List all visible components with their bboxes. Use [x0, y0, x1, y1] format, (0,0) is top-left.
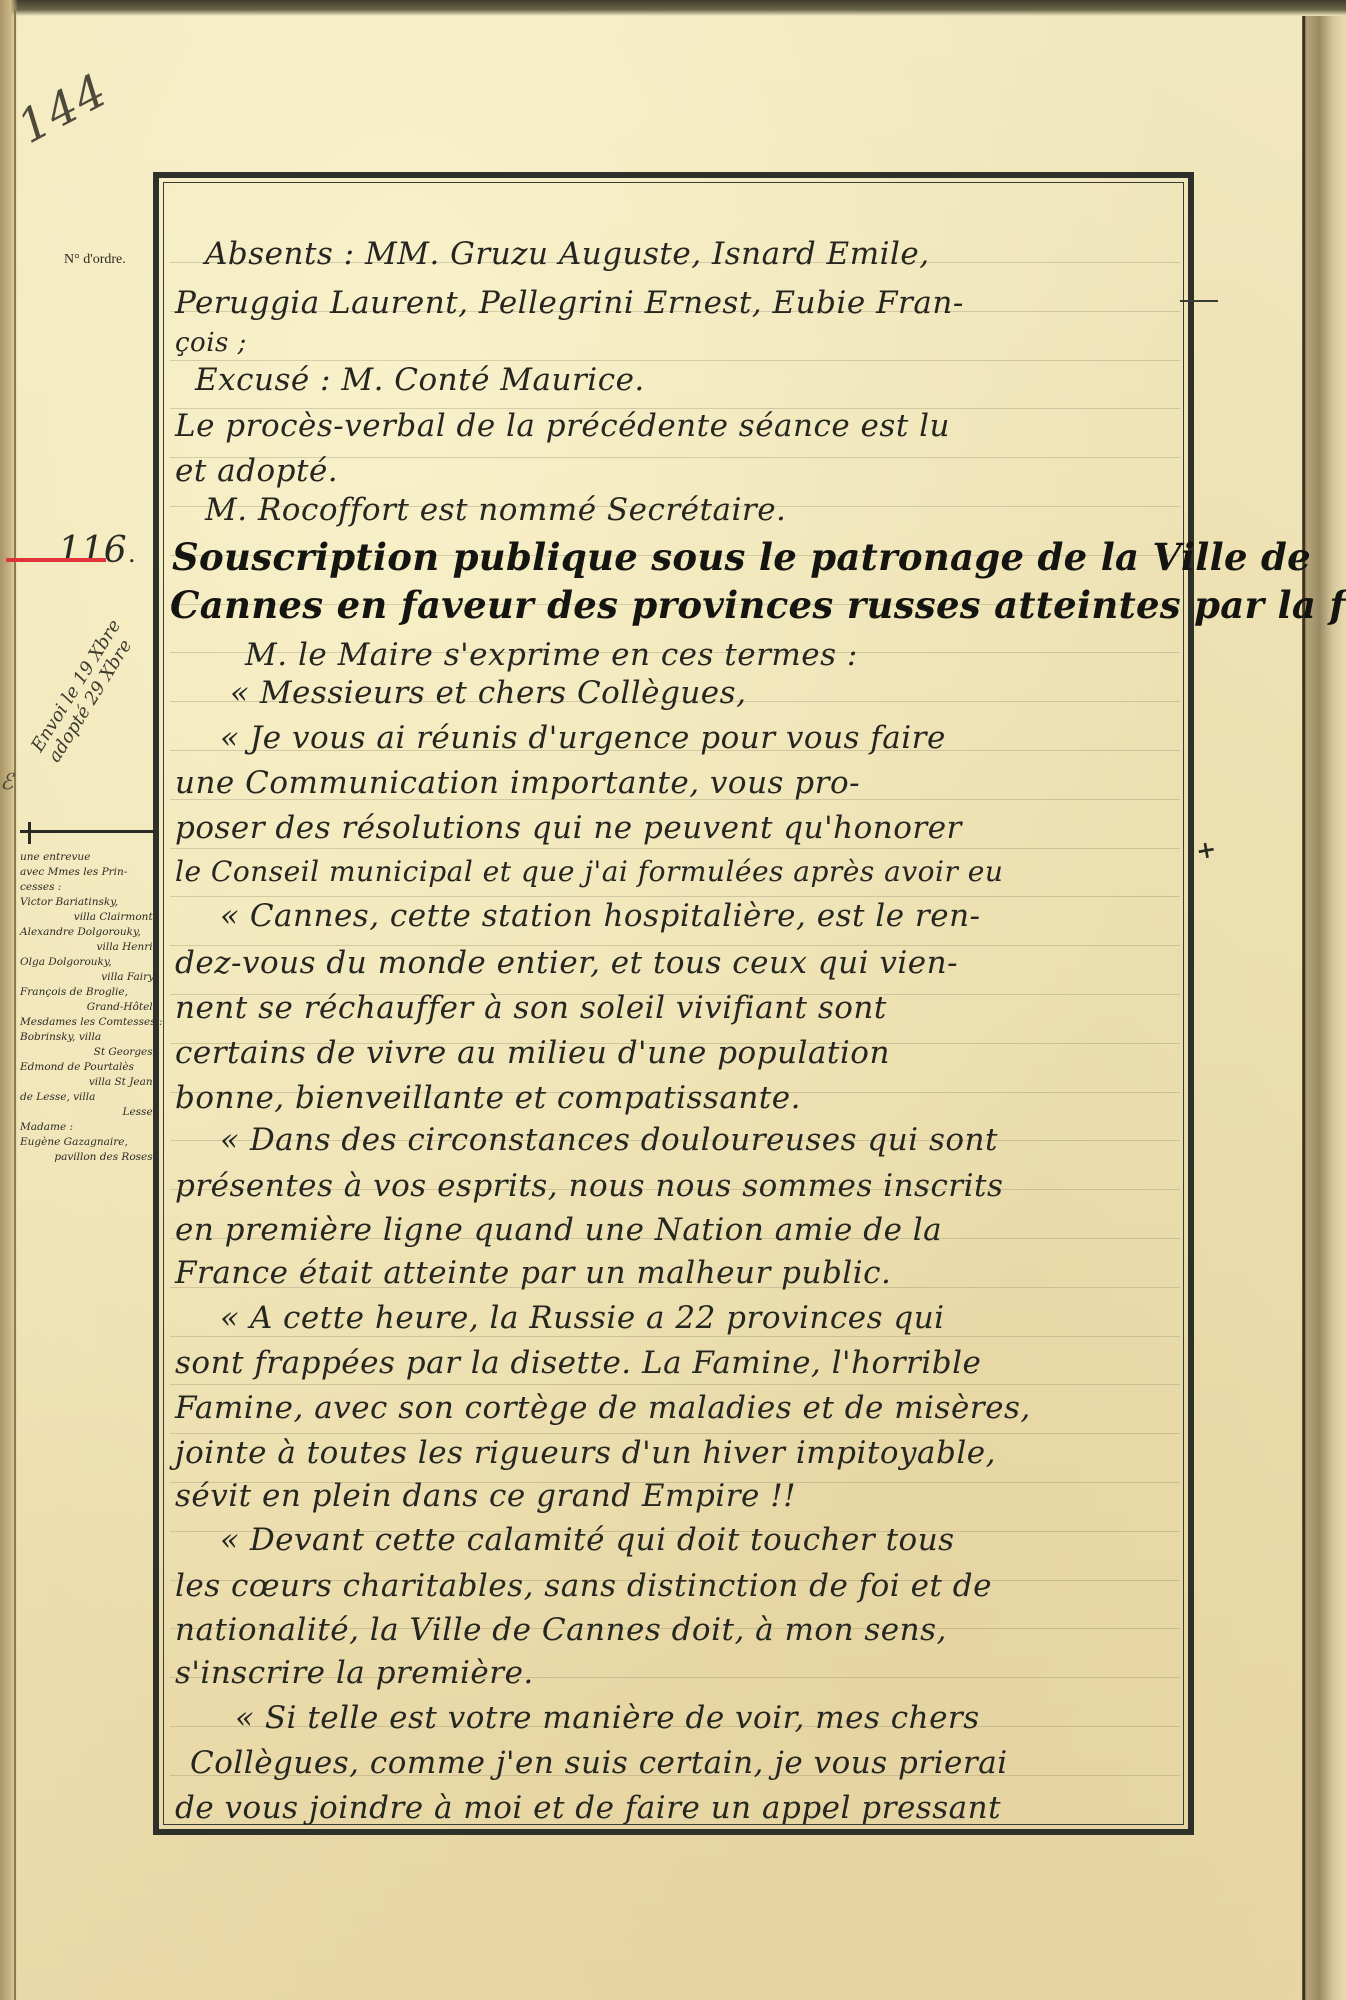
- margin-note-line: pavillon des Roses.: [20, 1150, 156, 1165]
- speech-line: Famine, avec son cortège de maladies et …: [175, 1390, 1031, 1426]
- margin-note-line: St Georges.: [20, 1045, 156, 1060]
- speech-line: nent se réchauffer à son soleil vivifian…: [175, 990, 887, 1026]
- order-number-label: N° d'ordre.: [64, 252, 126, 268]
- gutter-line: [14, 10, 16, 2000]
- margin-note-line: Lesse.: [20, 1105, 156, 1120]
- speech-line: M. le Maire s'exprime en ces termes :: [245, 637, 858, 673]
- margin-note-line: Olga Dolgorouky,: [20, 955, 156, 970]
- entry-number: 116: [58, 530, 127, 571]
- margin-note-line: une entrevue: [20, 850, 156, 865]
- ruled-line: [170, 1433, 1180, 1434]
- speech-line: en première ligne quand une Nation amie …: [175, 1212, 942, 1248]
- margin-note-line: François de Broglie,: [20, 985, 156, 1000]
- margin-note-line: de Lesse, villa: [20, 1090, 156, 1105]
- speech-line: nationalité, la Ville de Cannes doit, à …: [175, 1612, 947, 1648]
- speech-line: « Messieurs et chers Collègues,: [230, 675, 746, 711]
- margin-note-line: Mesdames les Comtesses :: [20, 1015, 156, 1030]
- body-line: M. Rocoffort est nommé Secrétaire.: [205, 492, 786, 528]
- speech-line: de vous joindre à moi et de faire un app…: [175, 1790, 1001, 1826]
- gutter-handwriting: ℰ: [0, 770, 13, 795]
- margin-note-line: Bobrinsky, villa: [20, 1030, 156, 1045]
- insertion-cross-icon: [28, 822, 31, 844]
- ruled-line: [170, 848, 1180, 849]
- ruled-line: [170, 1384, 1180, 1385]
- speech-line: France était atteinte par un malheur pub…: [175, 1255, 891, 1291]
- body-line: Peruggia Laurent, Pellegrini Ernest, Eub…: [175, 285, 964, 321]
- margin-note-line: avec Mmes les Prin-: [20, 865, 156, 880]
- speech-line: poser des résolutions qui ne peuvent qu'…: [175, 810, 962, 846]
- speech-line: sévit en plein dans ce grand Empire !!: [175, 1478, 796, 1514]
- red-marker-line: [6, 558, 106, 562]
- ruled-line: [170, 360, 1180, 361]
- margin-insertion-note: une entrevueavec Mmes les Prin-cesses :V…: [20, 850, 156, 1165]
- speech-line: « Si telle est votre manière de voir, me…: [235, 1700, 980, 1736]
- speech-line: sont frappées par la disette. La Famine,…: [175, 1345, 981, 1381]
- margin-note-line: Madame :: [20, 1120, 156, 1135]
- speech-line: le Conseil municipal et que j'ai formulé…: [175, 855, 1003, 888]
- entry-title: Souscription publique sous le patronage …: [172, 535, 1311, 579]
- margin-note-line: Victor Bariatinsky,: [20, 895, 156, 910]
- book-top-shadow: [0, 0, 1346, 16]
- body-line: Le procès-verbal de la précédente séance…: [175, 408, 950, 444]
- body-line: et adopté.: [175, 453, 338, 489]
- ruled-line: [170, 1336, 1180, 1337]
- speech-line: bonne, bienveillante et compatissante.: [175, 1080, 801, 1116]
- speech-line: « Je vous ai réunis d'urgence pour vous …: [220, 720, 946, 756]
- page-edge-line: [1303, 16, 1305, 2000]
- book-spine-right: [1302, 16, 1346, 2000]
- margin-note-line: villa Fairy.: [20, 970, 156, 985]
- margin-note-line: Edmond de Pourtalès: [20, 1060, 156, 1075]
- body-line: Absents : MM. Gruzu Auguste, Isnard Emil…: [205, 236, 930, 272]
- margin-note-line: Eugène Gazagnaire,: [20, 1135, 156, 1150]
- speech-line: les cœurs charitables, sans distinction …: [175, 1568, 992, 1604]
- entry-number-dot: .: [128, 540, 136, 568]
- ruled-line: [170, 896, 1180, 897]
- speech-line: une Communication importante, vous pro-: [175, 765, 860, 801]
- margin-note-line: villa St Jean.: [20, 1075, 156, 1090]
- margin-note-line: Alexandre Dolgorouky,: [20, 925, 156, 940]
- speech-line: dez-vous du monde entier, et tous ceux q…: [175, 945, 958, 981]
- line-continuation-mark: [1180, 300, 1218, 302]
- speech-line: présentes à vos esprits, nous nous somme…: [175, 1168, 1003, 1204]
- body-line: çois ;: [175, 328, 247, 358]
- body-line: Excusé : M. Conté Maurice.: [195, 362, 645, 398]
- insertion-mark-bar: [20, 830, 155, 833]
- margin-note-line: villa Henri.: [20, 940, 156, 955]
- margin-date-note: Envoi le 19 Xbre adopté 29 Xbre: [28, 616, 142, 766]
- margin-note-line: villa Clairmont.: [20, 910, 156, 925]
- speech-line: s'inscrire la première.: [175, 1655, 534, 1691]
- insertion-cross-icon: +: [1194, 833, 1219, 865]
- speech-line: « Devant cette calamité qui doit toucher…: [220, 1522, 955, 1558]
- speech-line: certains de vivre au milieu d'une popula…: [175, 1035, 890, 1071]
- speech-line: jointe à toutes les rigueurs d'un hiver …: [175, 1435, 996, 1471]
- entry-title: Cannes en faveur des provinces russes at…: [170, 583, 1346, 627]
- speech-line: « Cannes, cette station hospitalière, es…: [220, 898, 981, 934]
- folio-number: 144: [9, 62, 117, 154]
- speech-line: « Dans des circonstances douloureuses qu…: [220, 1122, 998, 1158]
- speech-line: « A cette heure, la Russie a 22 province…: [220, 1300, 945, 1336]
- margin-note-line: cesses :: [20, 880, 156, 895]
- register-page: 144 N° d'ordre. 116 . Absents : MM. Gruz…: [0, 0, 1346, 2000]
- margin-note-line: Grand-Hôtel.: [20, 1000, 156, 1015]
- speech-line: Collègues, comme j'en suis certain, je v…: [190, 1745, 1008, 1781]
